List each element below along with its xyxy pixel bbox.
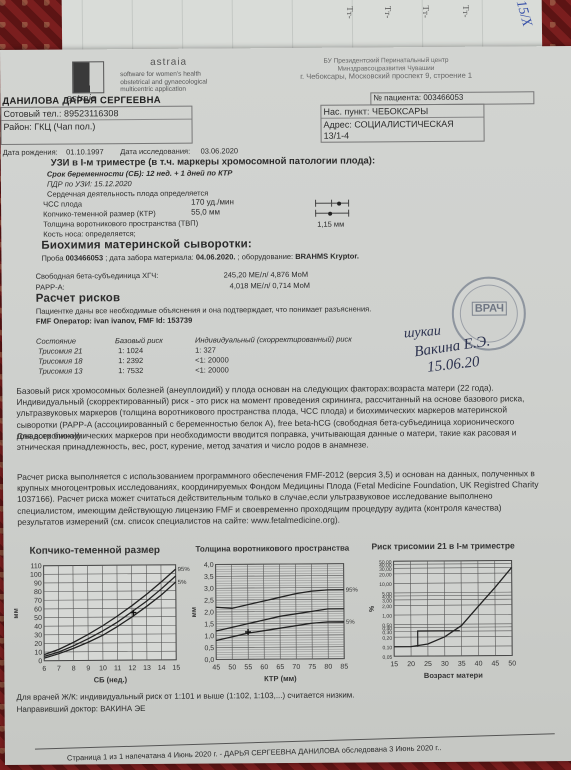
svg-text:100: 100 <box>30 572 42 579</box>
svg-text:5,00: 5,00 <box>382 591 392 597</box>
svg-text:7: 7 <box>57 666 61 673</box>
referring-doctor: Направивший доктор: ВАКИНА ЭЕ <box>17 704 146 714</box>
svg-text:50,00: 50,00 <box>379 560 392 566</box>
svg-text:40: 40 <box>475 661 483 668</box>
crl-range-marker <box>315 210 349 217</box>
crl-chart-title: Копчико-теменной размер <box>29 545 160 557</box>
nt-chart-title: Толщина воротникового пространства <box>195 544 349 554</box>
svg-text:%: % <box>369 605 376 612</box>
svg-text:0: 0 <box>38 658 42 665</box>
hcg-value: 245,20 МЕ/л/ 4,876 МоМ <box>224 270 309 280</box>
svg-text:14: 14 <box>158 665 166 672</box>
sample-info: Проба 003466053 ; дата забора материала:… <box>41 251 359 262</box>
svg-text:25: 25 <box>424 661 432 668</box>
svg-text:90: 90 <box>34 580 42 587</box>
svg-text:20,00: 20,00 <box>379 572 392 578</box>
svg-text:6: 6 <box>42 666 46 673</box>
patient-district: Район: ГКЦ (Чап пол.) <box>1 119 191 133</box>
nt-chart: Толщина воротникового пространства 45505… <box>185 543 366 692</box>
svg-text:10,00: 10,00 <box>379 582 392 588</box>
svg-text:20: 20 <box>407 661 415 668</box>
svg-text:2,0: 2,0 <box>204 610 214 617</box>
crl-value: 55,0 мм <box>191 207 220 216</box>
svg-text:КТР (мм): КТР (мм) <box>264 674 297 683</box>
dates-row: Дата рождения: 01.10.1997 Дата исследова… <box>3 146 238 157</box>
svg-text:4,0: 4,0 <box>204 562 214 569</box>
svg-text:35: 35 <box>458 661 466 668</box>
pappa-value: 4,018 МЕ/л/ 0,714 МоМ <box>230 281 310 291</box>
svg-text:55: 55 <box>244 664 252 671</box>
pappa-label: PAPP-A: <box>36 283 65 292</box>
svg-text:30: 30 <box>34 632 42 639</box>
svg-text:8: 8 <box>72 665 76 672</box>
svg-text:Возраст матери: Возраст матери <box>424 671 483 680</box>
svg-text:15: 15 <box>390 661 398 668</box>
svg-text:80: 80 <box>34 589 42 596</box>
svg-text:20: 20 <box>34 641 42 648</box>
crl-chart: Копчико-теменной размер 6789101112131415… <box>9 545 190 694</box>
svg-text:50: 50 <box>34 615 42 622</box>
nt-label: Толщина воротникового пространства (ТВП) <box>43 219 198 229</box>
fmf-operator: FMF Оператор: ivan ivanov, FMF Id: 15373… <box>36 316 192 326</box>
svg-text:мм: мм <box>13 608 20 618</box>
svg-text:85: 85 <box>340 664 348 671</box>
tagline: software for women's health obstetrical … <box>120 71 207 94</box>
fhr-value: 170 уд./мин <box>191 197 234 206</box>
edd: ПДР по УЗИ: 15.12.2020 <box>47 179 132 189</box>
column-label: Тт- <box>345 6 355 19</box>
svg-text:0,05: 0,05 <box>382 655 392 661</box>
svg-text:10: 10 <box>99 665 107 672</box>
heart-activity: Сердечная деятельность плода определяетс… <box>47 189 208 199</box>
exam-date-value: 03.06.2020 <box>201 146 239 155</box>
dob-value: 01.10.1997 <box>66 147 104 156</box>
consent-text: Пациентке даны все необходимые объяснени… <box>36 304 372 315</box>
t21-risk-chart: Риск трисомии 21 в I-м триместре 1520253… <box>365 540 546 689</box>
svg-text:60: 60 <box>260 664 268 671</box>
column-label: Тт- <box>461 5 471 18</box>
fhr-label: ЧСС плода <box>43 199 82 208</box>
signature-line1: шукаи <box>403 324 441 343</box>
patient-settlement: Нас. пункт: ЧЕБОКСАРЫ <box>321 105 483 119</box>
svg-text:0,5: 0,5 <box>204 645 214 652</box>
svg-text:0,50: 0,50 <box>382 623 392 629</box>
svg-text:13: 13 <box>143 665 151 672</box>
risk-title: Расчет рисков <box>36 292 121 305</box>
crl-label: Копчико-теменной размер (КТР) <box>43 209 156 219</box>
svg-text:40: 40 <box>34 624 42 631</box>
svg-text:12: 12 <box>128 665 136 672</box>
svg-text:9: 9 <box>86 665 90 672</box>
svg-text:1,0: 1,0 <box>204 633 214 640</box>
svg-text:60: 60 <box>34 606 42 613</box>
svg-text:45: 45 <box>492 661 500 668</box>
ultrasound-title: УЗИ в I-м триместре (в т.ч. маркеры хром… <box>51 155 375 168</box>
t21-chart-title: Риск трисомии 21 в I-м триместре <box>371 540 514 551</box>
nasal-bone: Кость носа: определяется; <box>43 229 135 239</box>
svg-text:10: 10 <box>34 650 42 657</box>
svg-text:1,00: 1,00 <box>382 614 392 620</box>
svg-text:50: 50 <box>508 660 516 667</box>
svg-text:2,5: 2,5 <box>204 598 214 605</box>
risk-base: 1: 7532 <box>118 366 143 375</box>
svg-text:мм: мм <box>191 607 198 617</box>
svg-text:5%: 5% <box>346 620 355 626</box>
col-individual-risk: Индивидуальный (скорректированный) риск <box>195 335 352 345</box>
svg-text:50: 50 <box>228 664 236 671</box>
contact-box: Сотовый тел.: 89523116308 Район: ГКЦ (Ча… <box>0 106 192 145</box>
risk-base: 1: 2392 <box>118 356 143 365</box>
svg-text:95%: 95% <box>346 588 359 594</box>
brand-name: astraia <box>150 57 187 68</box>
svg-text:45: 45 <box>212 664 220 671</box>
astraia-logo-icon <box>72 61 104 93</box>
stamp-text: ВРАЧ <box>472 301 507 315</box>
report-sheet: astraia astraia software for women's hea… <box>0 46 571 765</box>
biochem-title: Биохимия материнской сыворотки: <box>41 238 252 251</box>
svg-text:110: 110 <box>30 563 41 570</box>
svg-text:65: 65 <box>276 664 284 671</box>
column-label: Тт- <box>421 5 431 18</box>
patient-address: Адрес: СОЦИАЛИСТИЧЕСКАЯ <box>321 118 483 131</box>
risk-individual: <1: 20000 <box>195 355 229 364</box>
crl-marker-dot <box>328 211 332 215</box>
svg-text:80: 80 <box>324 664 332 671</box>
nt-value: 1,15 мм <box>317 220 344 229</box>
explanation-correction: Для всех биохимических маркеров при необ… <box>17 427 539 453</box>
svg-text:15: 15 <box>172 665 180 672</box>
risk-base: 1: 1024 <box>118 346 143 355</box>
risk-condition: Трисомия 21 <box>38 346 82 355</box>
risk-condition: Трисомия 13 <box>38 366 82 375</box>
svg-text:70: 70 <box>292 664 300 671</box>
svg-text:0,10: 0,10 <box>382 645 392 651</box>
risk-condition: Трисомия 18 <box>38 356 82 365</box>
fhr-range-marker <box>315 200 349 207</box>
gestation-age: Срок беременности (СБ): 12 нед. + 1 дней… <box>47 168 233 178</box>
svg-text:75: 75 <box>308 664 316 671</box>
svg-text:30: 30 <box>441 661 449 668</box>
svg-text:СБ (нед.): СБ (нед.) <box>94 675 128 684</box>
svg-text:0,0: 0,0 <box>205 657 215 664</box>
org-info: БУ Президентский Перинатальный центр Мин… <box>300 57 472 81</box>
col-base-risk: Базовый риск <box>115 336 163 345</box>
svg-text:3,0: 3,0 <box>204 586 214 593</box>
risk-individual: <1: 20000 <box>195 365 229 374</box>
address-box: Нас. пункт: ЧЕБОКСАРЫ Адрес: СОЦИАЛИСТИЧ… <box>320 104 484 143</box>
svg-text:0,20: 0,20 <box>382 636 392 642</box>
svg-text:70: 70 <box>34 598 42 605</box>
svg-text:11: 11 <box>114 665 121 672</box>
svg-text:1,5: 1,5 <box>204 621 214 628</box>
risk-individual: 1: 327 <box>195 345 216 354</box>
column-label: Тт- <box>383 6 393 19</box>
hcg-label: Свободная бета-субъединица ХГЧ: <box>36 271 159 281</box>
col-condition: Состояние <box>36 336 76 345</box>
svg-text:3,5: 3,5 <box>204 574 214 581</box>
explanation-software: Расчет риска выполняется с использование… <box>17 468 547 528</box>
handwritten-note: 15/X <box>512 0 535 29</box>
low-risk-note: Для врачей Ж/К: индивидуальный риск от 1… <box>16 691 354 702</box>
svg-text:2,00: 2,00 <box>382 604 392 610</box>
